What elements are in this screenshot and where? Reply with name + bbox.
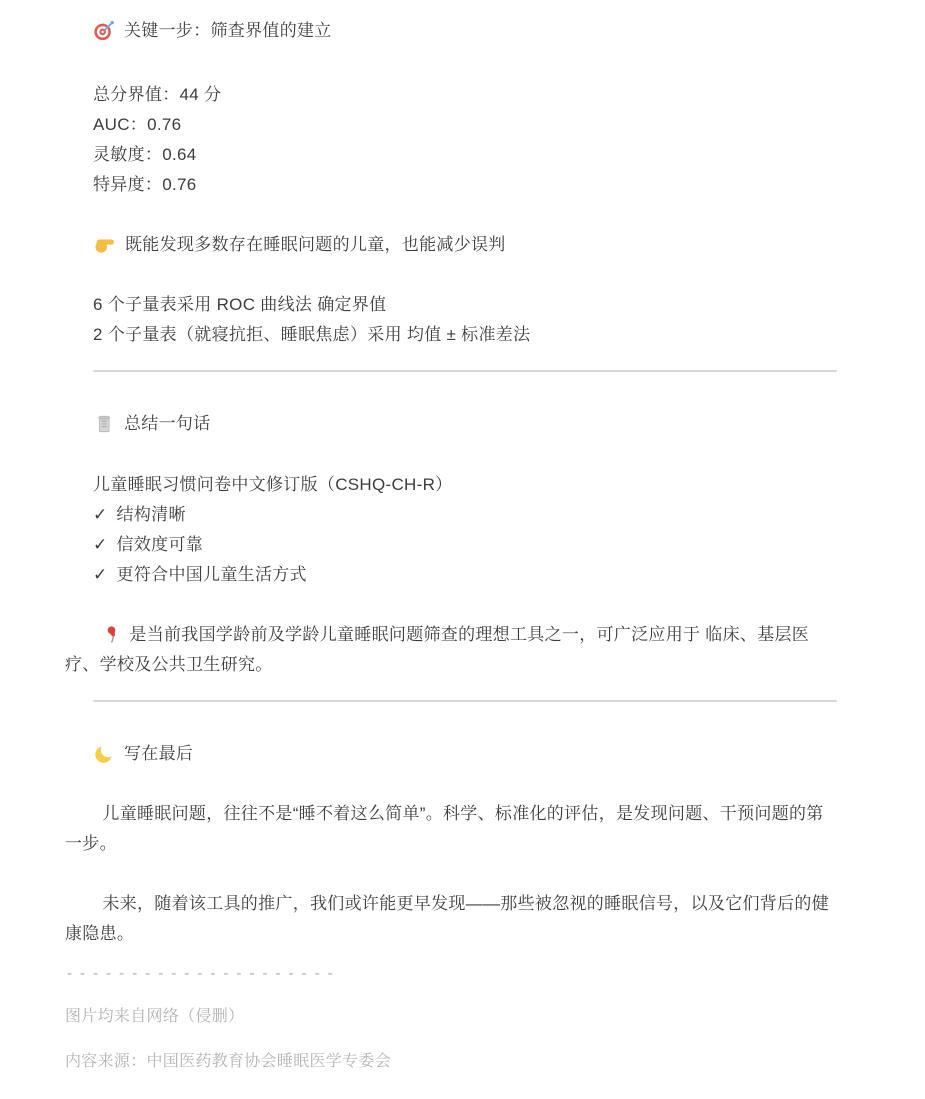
checklist-label: 结构清晰 [117, 505, 186, 524]
pointing-finger-icon [93, 234, 115, 256]
cutoff-heading-row: 关键一步：筛查界值的建立 [93, 16, 837, 46]
section-divider [93, 370, 837, 372]
closing-heading-row: 写在最后 [93, 739, 837, 769]
benefit-text: 既能发现多数存在睡眠问题的儿童，也能减少误判 [125, 230, 506, 260]
content-source-line: 内容来源：中国医药教育协会睡眠医学专委会 [65, 1051, 837, 1073]
check-icon: ✓ [93, 560, 108, 590]
check-icon: ✓ [93, 500, 108, 530]
check-icon: ✓ [93, 530, 108, 560]
closing-paragraph: 儿童睡眠问题，往往不是“睡不着这么简单”。科学、标准化的评估，是发现问题、干预问… [65, 799, 837, 859]
stat-line-total-cutoff: 总分界值：44 分 [93, 80, 837, 110]
benefit-row: 既能发现多数存在睡眠问题的儿童，也能减少误判 [93, 230, 837, 260]
method-line-roc: 6 个子量表采用 ROC 曲线法 确定界值 [93, 290, 837, 320]
section-divider [93, 700, 837, 702]
crescent-moon-icon [93, 743, 115, 765]
checklist-label: 信效度可靠 [117, 535, 204, 554]
article-footer: --------------------- 图片均来自网络（侵删） 内容来源：中… [65, 963, 837, 1073]
closing-heading: 写在最后 [124, 739, 193, 769]
footer-dash-separator: --------------------- [65, 963, 837, 983]
image-credit-line: 图片均来自网络（侵删） [65, 1006, 837, 1028]
checklist-label: 更符合中国儿童生活方式 [117, 565, 307, 584]
stat-line-specificity: 特异度：0.76 [93, 170, 837, 200]
questionnaire-title-line: 儿童睡眠习惯问卷中文修订版（CSHQ-CH-R） [93, 470, 837, 500]
method-line-mean-sd: 2 个子量表（就寝抗拒、睡眠焦虑）采用 均值 ± 标准差法 [93, 320, 837, 350]
closing-paragraph: 未来，随着该工具的推广，我们或许能更早发现——那些被忽视的睡眠信号，以及它们背后… [65, 889, 837, 949]
checklist-item-reliability: ✓信效度可靠 [93, 530, 837, 560]
pin-note-paragraph: 是当前我国学龄前及学龄儿童睡眠问题筛查的理想工具之一，可广泛应用于 临床、基层医… [65, 620, 837, 680]
article-page: 关键一步：筛查界值的建立 总分界值：44 分 AUC：0.76 灵敏度：0.64… [0, 0, 925, 1099]
summary-heading: 总结一句话 [124, 409, 211, 439]
stat-line-sensitivity: 灵敏度：0.64 [93, 140, 837, 170]
section-closing: 写在最后 儿童睡眠问题，往往不是“睡不着这么简单”。科学、标准化的评估，是发现问… [65, 739, 837, 949]
scroll-icon [93, 413, 115, 435]
pin-note-text: 是当前我国学龄前及学龄儿童睡眠问题筛查的理想工具之一，可广泛应用于 临床、基层医… [65, 625, 809, 674]
stat-line-auc: AUC：0.76 [93, 110, 837, 140]
checklist-item-structure: ✓结构清晰 [93, 500, 837, 530]
cutoff-heading: 关键一步：筛查界值的建立 [124, 16, 332, 46]
target-icon [93, 20, 115, 42]
pushpin-icon [102, 624, 122, 644]
methods-block: 6 个子量表采用 ROC 曲线法 确定界值 2 个子量表（就寝抗拒、睡眠焦虑）采… [93, 290, 837, 350]
section-summary: 总结一句话 儿童睡眠习惯问卷中文修订版（CSHQ-CH-R） ✓结构清晰 ✓信效… [65, 409, 837, 680]
checklist-item-lifestyle: ✓更符合中国儿童生活方式 [93, 560, 837, 590]
summary-heading-row: 总结一句话 [93, 409, 837, 439]
stats-block: 总分界值：44 分 AUC：0.76 灵敏度：0.64 特异度：0.76 [93, 80, 837, 200]
section-cutoff: 关键一步：筛查界值的建立 总分界值：44 分 AUC：0.76 灵敏度：0.64… [65, 16, 837, 350]
